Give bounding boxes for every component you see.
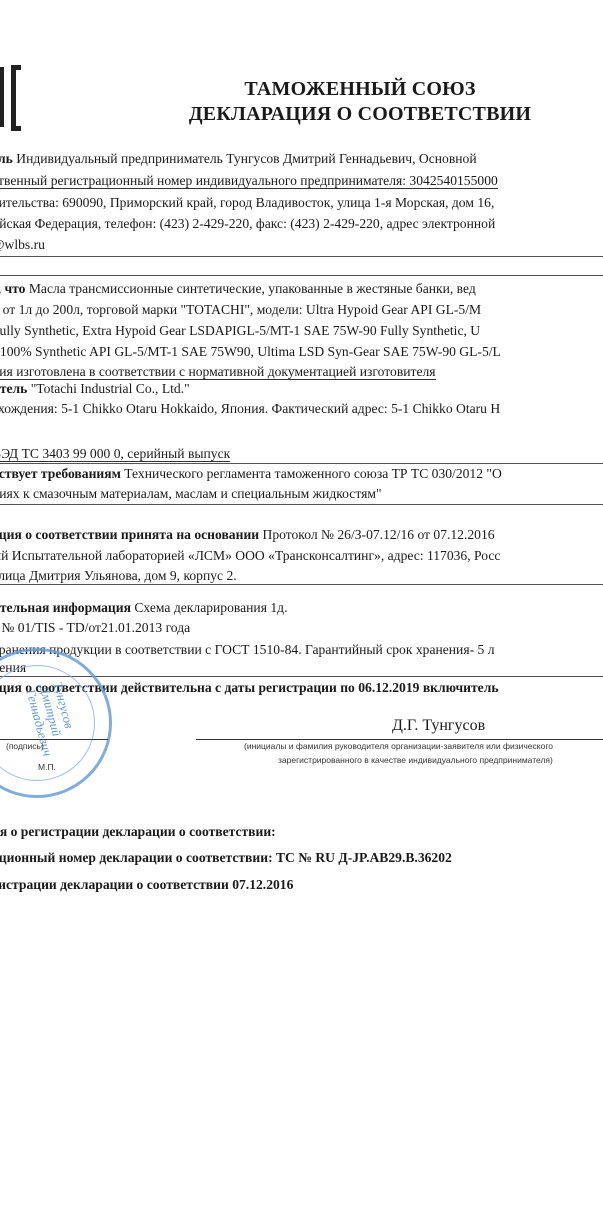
compliance-label: тствует требованиям: [0, 466, 121, 481]
applicant-line-3: кительства: 690090, Приморский край, гор…: [0, 195, 494, 211]
seal-stamp: Тунгусов Дмитрий Геннадьевич: [0, 648, 112, 798]
seal-caption: М.П.: [38, 762, 56, 772]
logo-bar: [0, 67, 4, 127]
title-declaration: ДЕКЛАРАЦИЯ О СООТВЕТСТВИИ: [150, 103, 570, 126]
signatory-name: Д.Г. Тунгусов: [392, 717, 485, 735]
product-line-5: ция изготовлена в соответствии с нормати…: [0, 364, 436, 380]
signature-line: [0, 739, 108, 740]
divider: [0, 463, 603, 464]
basis-line-3: улица Дмитрия Ульянова, дом 9, корпус 2.: [0, 568, 237, 584]
registration-date: гистрации декларации о соответствии 07.1…: [0, 877, 293, 893]
applicant-line-4: ийская Федерация, телефон: (423) 2-429-2…: [0, 216, 495, 232]
title-customs-union: ТАМОЖЕННЫЙ СОЮЗ: [150, 78, 570, 101]
additional-line-3: хранения продукции в соответствии с ГОСТ…: [0, 642, 495, 658]
applicant-label: ель: [0, 151, 13, 166]
manufacturer-label: итель: [0, 381, 27, 396]
basis-line-1: ация о соответствии принята на основании…: [0, 527, 495, 543]
applicant-line-1: ель Индивидуальный предприниматель Тунгу…: [0, 151, 477, 167]
product-line-4: r 100% Synthetic API GL-5/MT-1 SAE 75W90…: [0, 344, 501, 360]
basis-line-2: ый Испытательной лабораторией «ЛСМ» ООО …: [0, 548, 500, 564]
product-line-3: Fully Synthetic, Extra Hypoid Gear LSDAP…: [0, 323, 480, 339]
eac-logo: [0, 63, 30, 133]
name-caption-1: (инициалы и фамилия руководителя организ…: [244, 741, 553, 751]
registration-number: ационный номер декларации о соответствии…: [0, 850, 452, 866]
basis-label: ация о соответствии принята на основании: [0, 527, 259, 542]
divider: [0, 256, 603, 257]
signature-caption: (подпись): [6, 741, 44, 751]
applicant-line-2: ственный регистрационный номер индивидуа…: [0, 173, 498, 189]
tnved-code-line: ВЭД ТС 3403 99 000 0, серийный выпуск: [0, 446, 230, 462]
compliance-line-2: ниях к смазочным материалам, маслам и сп…: [0, 486, 382, 502]
name-caption-2: зарегистрированного в качестве индивидуа…: [278, 755, 553, 765]
product-label: т, что: [0, 281, 25, 296]
divider: [0, 275, 603, 276]
product-line-1: т, что Масла трансмиссионные синтетическ…: [0, 281, 476, 297]
additional-line-2: т № 01/TIS - TD/от21.01.2013 года: [0, 620, 190, 636]
additional-label: ительная информация: [0, 600, 131, 615]
logo-bracket: [11, 65, 21, 131]
additional-line-1: ительная информация Схема декларирования…: [0, 600, 287, 616]
divider: [0, 584, 603, 585]
registration-heading: ия о регистрации декларации о соответств…: [0, 824, 276, 840]
divider: [0, 504, 603, 505]
manufacturer-line-2: ахождения: 5-1 Chikko Otaru Hokkaido, Яп…: [0, 401, 500, 417]
manufacturer-line-1: итель "Totachi Industrial Co., Ltd.": [0, 381, 190, 397]
compliance-line-1: тствует требованиям Технического регламе…: [0, 466, 502, 482]
name-line: [196, 739, 603, 740]
product-line-2: и от 1л до 200л, торговой марки "TOTACHI…: [0, 302, 481, 318]
applicant-line-5: @wlbs.ru: [0, 237, 45, 253]
